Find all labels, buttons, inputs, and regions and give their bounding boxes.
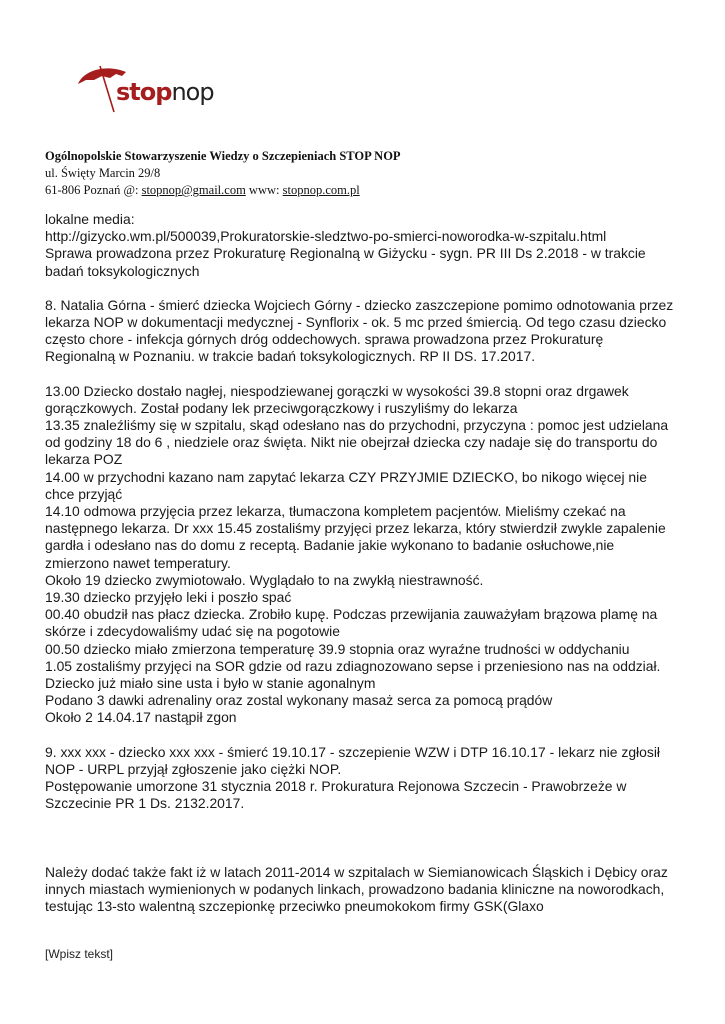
timeline-entry: 19.30 dziecko przyjęło leki i poszło spa… <box>45 589 675 606</box>
case9-line1: 9. xxx xxx - dziecko xxx xxx - śmierć 19… <box>45 744 675 778</box>
document-page: stopnop Ogólnopolskie Stowarzyszenie Wie… <box>0 0 725 1024</box>
organization-address: ul. Święty Marcin 29/8 <box>45 165 401 182</box>
timeline-entry: Podano 3 dawki adrenaliny oraz zostal wy… <box>45 692 675 709</box>
website-link[interactable]: stopnop.com.pl <box>283 183 360 197</box>
media-link[interactable]: http://gizycko.wm.pl/500039,Prokuratorsk… <box>45 228 675 245</box>
document-body: lokalne media: http://gizycko.wm.pl/5000… <box>45 211 675 915</box>
timeline-entry: 14.00 w przychodni kazano nam zapytać le… <box>45 469 675 503</box>
brand-wordmark: stopnop <box>116 80 214 104</box>
organization-contact: 61-806 Poznań @: stopnop@gmail.com www: … <box>45 182 401 199</box>
organization-header: Ogólnopolskie Stowarzyszenie Wiedzy o Sz… <box>45 148 401 199</box>
case7-status-line1: Sprawa prowadzona przez Prokuraturę Regi… <box>45 245 646 261</box>
timeline-entry: 13.00 Dziecko dostało nagłej, niespodzie… <box>45 383 675 417</box>
timeline-entry: 1.05 zostaliśmy przyjęci na SOR gdzie od… <box>45 658 675 692</box>
timeline-entry: 00.40 obudził nas płacz dziecka. Zrobiło… <box>45 606 675 640</box>
case9-line2: Postępowanie umorzone 31 stycznia 2018 r… <box>45 778 675 812</box>
case7-status: Sprawa prowadzona przez Prokuraturę Regi… <box>45 245 675 279</box>
media-label: lokalne media: <box>45 211 675 228</box>
brand-nop: nop <box>171 78 213 106</box>
timeline-entry: 13.35 znaleźliśmy się w szpitalu, skąd o… <box>45 417 675 469</box>
email-link[interactable]: stopnop@gmail.com <box>142 183 246 197</box>
city-prefix: 61-806 Poznań @: <box>45 183 142 197</box>
organization-name: Ogólnopolskie Stowarzyszenie Wiedzy o Sz… <box>45 148 401 165</box>
stopnop-logo: stopnop <box>76 62 216 114</box>
timeline-entry: Około 19 dziecko zwymiotowało. Wyglądało… <box>45 572 675 589</box>
case7-status-line2: badań toksykologicznych <box>45 263 199 279</box>
footer-placeholder[interactable]: [Wpisz tekst] <box>45 947 113 961</box>
timeline-entry: 00.50 dziecko miało zmierzona temperatur… <box>45 641 675 658</box>
www-label: www: <box>246 183 283 197</box>
closing-paragraph: Należy dodać także fakt iż w latach 2011… <box>45 864 675 916</box>
timeline-entry: Około 2 14.04.17 nastąpił zgon <box>45 709 675 726</box>
case8-paragraph: 8. Natalia Górna - śmierć dziecka Wojcie… <box>45 297 675 366</box>
timeline-entry: 14.10 odmowa przyjęcia przez lekarza, tł… <box>45 503 675 572</box>
brand-stop: stop <box>116 78 171 106</box>
